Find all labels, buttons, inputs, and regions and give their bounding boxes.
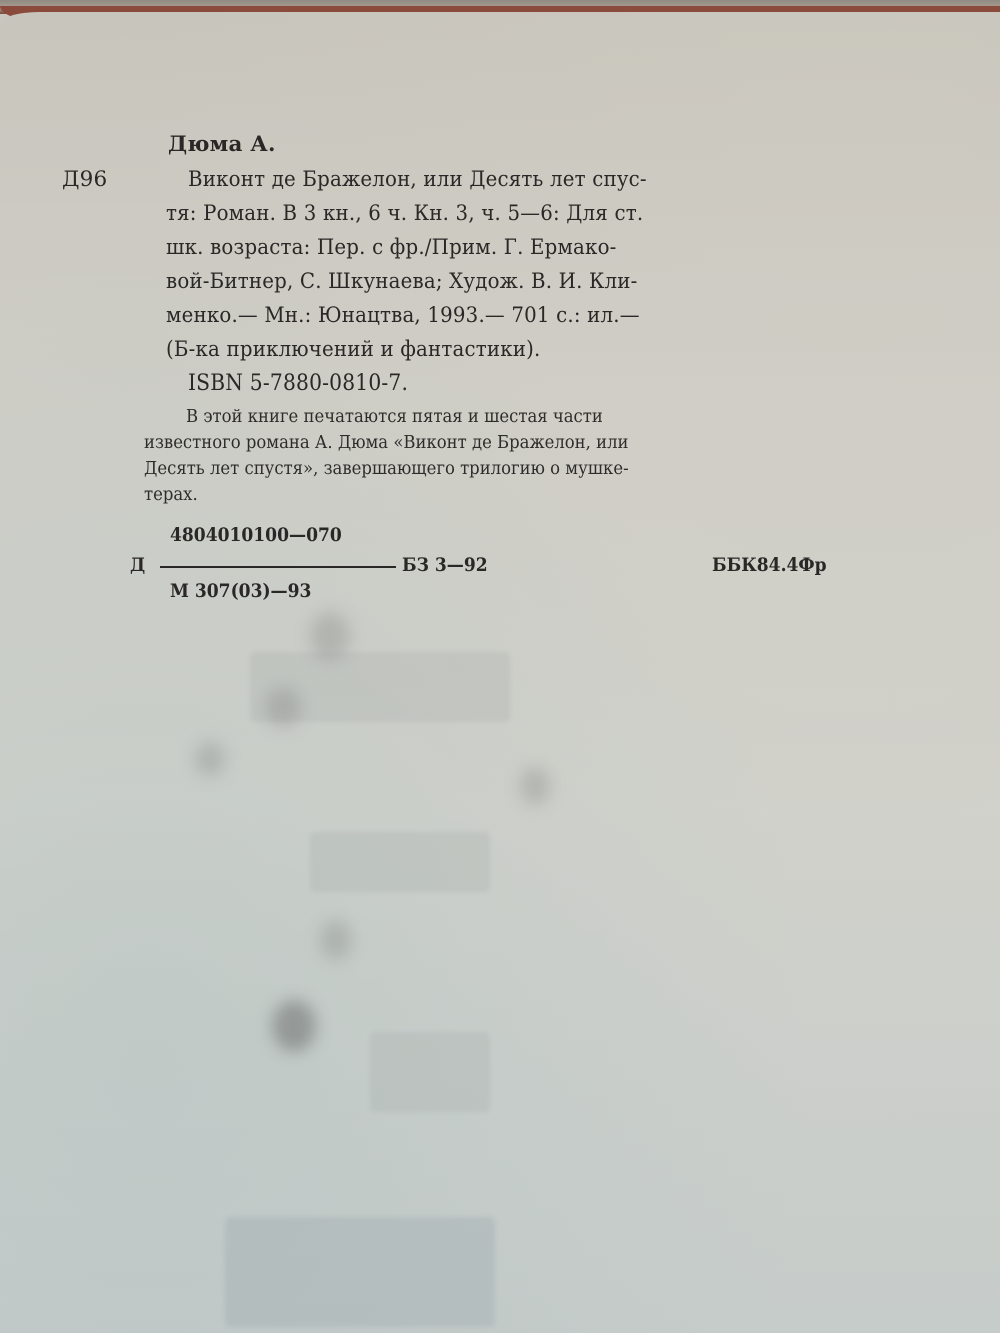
show-through-block bbox=[310, 832, 490, 892]
code-numerator: 4804010100—070 bbox=[170, 524, 342, 546]
annotation-line: Десять лет спустя», завершающего трилоги… bbox=[144, 456, 629, 482]
author-name: Дюма А. bbox=[168, 128, 276, 161]
description-line: Виконт де Бражелон, или Десять лет спус- bbox=[188, 163, 647, 196]
description-line: шк. возраста: Пер. с фр./Прим. Г. Ермако… bbox=[166, 231, 617, 264]
description-line: (Б-ка приключений и фантастики). bbox=[166, 333, 540, 366]
isbn: ISBN 5-7880-0810-7. bbox=[188, 367, 408, 400]
description-line: вой-Битнер, С. Шкунаева; Худож. В. И. Кл… bbox=[166, 265, 638, 298]
show-through-smudge bbox=[520, 767, 550, 805]
annotation-line: В этой книге печатаются пятая и шестая ч… bbox=[186, 404, 603, 430]
code-bz: БЗ 3—92 bbox=[402, 554, 488, 576]
show-through-block bbox=[370, 1032, 490, 1112]
code-letter: Д bbox=[130, 554, 145, 576]
code-denominator: М 307(03)—93 bbox=[170, 580, 311, 602]
show-through-smudge bbox=[320, 920, 352, 960]
call-number: Д96 bbox=[62, 163, 107, 196]
show-through-block bbox=[250, 652, 510, 722]
book-page: Дюма А. Д96 Виконт де Бражелон, или Деся… bbox=[0, 12, 1000, 1333]
description-line: менко.— Мн.: Юнацтва, 1993.— 701 с.: ил.… bbox=[166, 299, 640, 332]
fraction-line bbox=[160, 566, 396, 568]
show-through-smudge bbox=[272, 1000, 316, 1052]
show-through-block bbox=[225, 1217, 495, 1327]
show-through-smudge bbox=[195, 742, 225, 776]
code-bbk: ББК84.4Фр bbox=[712, 554, 827, 576]
annotation-line: известного романа А. Дюма «Виконт де Бра… bbox=[144, 430, 628, 456]
annotation-line: терах. bbox=[144, 482, 198, 508]
description-line: тя: Роман. В 3 кн., 6 ч. Кн. 3, ч. 5—6: … bbox=[166, 197, 643, 230]
